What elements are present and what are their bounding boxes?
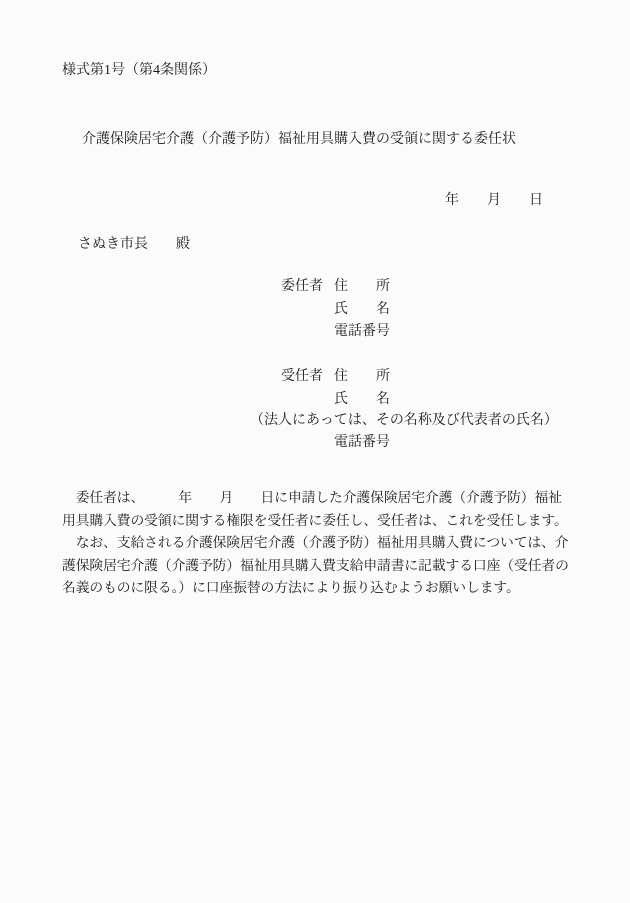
delegator-name-label: 氏 名 (334, 303, 390, 317)
delegate-address-label: 住 所 (334, 370, 390, 384)
body-paragraphs: 委任者は、 年 月 日に申請した介護保険居宅介護（介護予防）福祉 用具購入費の受… (62, 487, 569, 600)
delegate-corporate-note: （法人にあっては、その名称及び代表者の氏名） (250, 414, 558, 428)
body-line: 委任者は、 年 月 日に申請した介護保険居宅介護（介護予防）福祉 (62, 487, 569, 510)
body-line: なお、支給される介護保険居宅介護（介護予防）福祉用具購入費については、介 (62, 532, 569, 555)
delegator-address-label: 住 所 (334, 280, 390, 294)
body-line: 名義のものに限る。）に口座振替の方法により振り込むようお願いします。 (62, 577, 569, 600)
addressee-line: さぬき市長 殿 (78, 238, 190, 252)
body-line: 用具購入費の受領に関する権限を受任者に委任し、受任者は、これを受任します。 (62, 510, 569, 533)
delegator-role-label: 委任者 (281, 280, 323, 294)
document-page: 様式第1号（第4条関係） 介護保険居宅介護（介護予防）福祉用具購入費の受領に関す… (0, 0, 630, 903)
document-title: 介護保険居宅介護（介護予防）福祉用具購入費の受領に関する委任状 (82, 133, 516, 147)
body-line: 護保険居宅介護（介護予防）福祉用具購入費支給申請書に記載する口座（受任者の (62, 555, 569, 578)
delegate-name-label: 氏 名 (334, 393, 390, 407)
delegate-role-label: 受任者 (281, 370, 323, 384)
delegator-phone-label: 電話番号 (334, 325, 390, 339)
form-number: 様式第1号（第4条関係） (62, 64, 216, 78)
date-line: 年 月 日 (445, 194, 543, 208)
delegate-phone-label: 電話番号 (334, 436, 390, 450)
